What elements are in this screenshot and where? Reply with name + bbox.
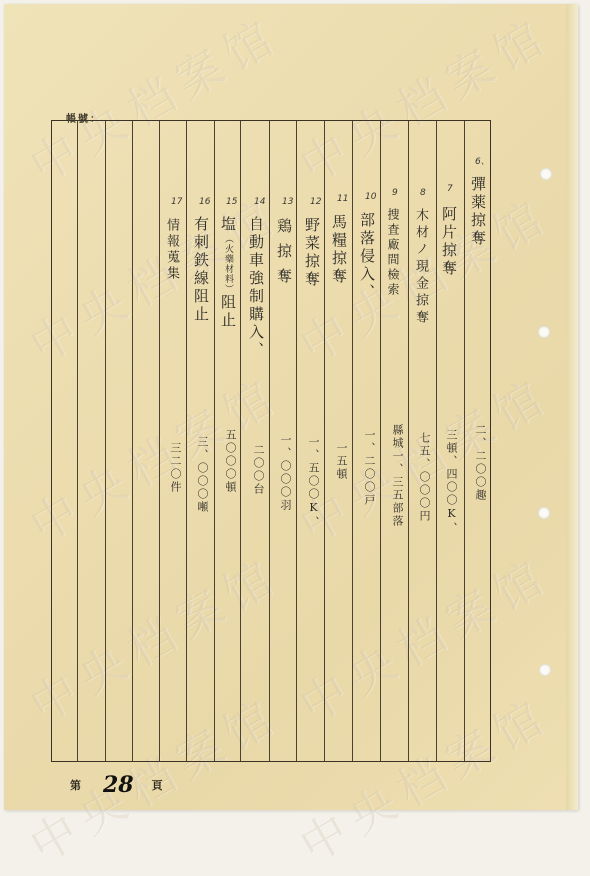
column-divider [132,121,133,761]
entry-item: 木材ノ現金掠奪 [414,208,427,327]
entry-amount: 三、〇〇〇噸 [197,436,208,514]
column-divider [105,121,106,761]
entry-number: 8 [420,188,426,198]
page-footer: 第 28 頁 [70,772,163,798]
entry-amount: 一五頓 [336,442,347,481]
column-divider [408,121,409,761]
entry-amount: 二、二〇〇趣 [475,424,486,502]
entry-amount: 三二〇件 [170,442,181,494]
entry-item: 塩（火藥材料）阻止 [220,216,235,330]
entry-amount: 縣城一、三五部落 [392,424,403,528]
entry-item-suffix: 阻止 [219,294,237,330]
page-prefix: 第 [70,777,81,793]
entry-item: 野菜掠奪 [304,217,319,289]
entry-amount: 五〇〇〇頓 [225,429,236,494]
column-divider [296,121,297,761]
entry-item: 情報蒐集 [165,218,178,282]
column-divider [352,121,353,761]
column-divider [464,121,465,761]
column-divider [240,121,241,761]
entry-number: 16 [199,197,210,207]
entry-amount: 一、二〇〇戸 [364,429,375,507]
entry-number: 15 [226,197,237,207]
column-divider [159,121,160,761]
page-number: 28 [103,772,134,798]
punch-hole [539,664,551,676]
column-divider [324,121,325,761]
archive-document-page: 中央档案馆 中央档案馆 中央档案馆 中央档案馆 中央档案馆 中央档案馆 中央档案… [4,4,578,810]
entry-item: 阿片掠奪 [441,206,456,278]
column-divider [380,121,381,761]
entry-number: 9 [392,188,398,198]
column-divider [186,121,187,761]
entry-item-main: 塩 [219,216,237,234]
entry-amount: 一、〇〇〇羽 [280,434,291,512]
entry-item: 有刺鉄線阻止 [193,216,208,324]
entry-item: 馬糧掠奪 [331,214,346,286]
entry-item-note: （火藥材料） [223,234,233,294]
column-divider [214,121,215,761]
entry-number: 6、 [475,154,490,167]
entry-amount: 二〇〇台 [253,444,264,496]
punch-hole [538,507,550,519]
column-divider [77,121,78,761]
entry-amount: 一、五〇〇K、 [308,436,319,529]
entry-number: 12 [310,197,321,207]
page-suffix: 頁 [152,777,163,793]
punch-hole [538,326,550,338]
entry-amount: 三頓、四〇〇K、 [446,429,457,535]
entry-item: 彈薬掠奪 [470,176,485,248]
entry-item: 自動車強制購入、 [248,216,263,360]
column-divider [269,121,270,761]
page-edge-strip [566,4,578,810]
column-divider [436,121,437,761]
entry-item: 捜査廠間檢索 [387,208,399,298]
entry-item: 鶏掠奪 [276,218,291,293]
entry-number: 14 [254,197,265,207]
entry-number: 17 [171,197,182,207]
entry-number: 7 [447,184,453,194]
entry-number: 11 [337,194,348,204]
entry-item: 部落侵入、 [359,212,374,302]
entry-number: 10 [365,192,376,202]
entry-amount: 七五、〇〇〇円 [419,432,430,523]
punch-hole [540,168,552,180]
entry-number: 13 [282,197,293,207]
